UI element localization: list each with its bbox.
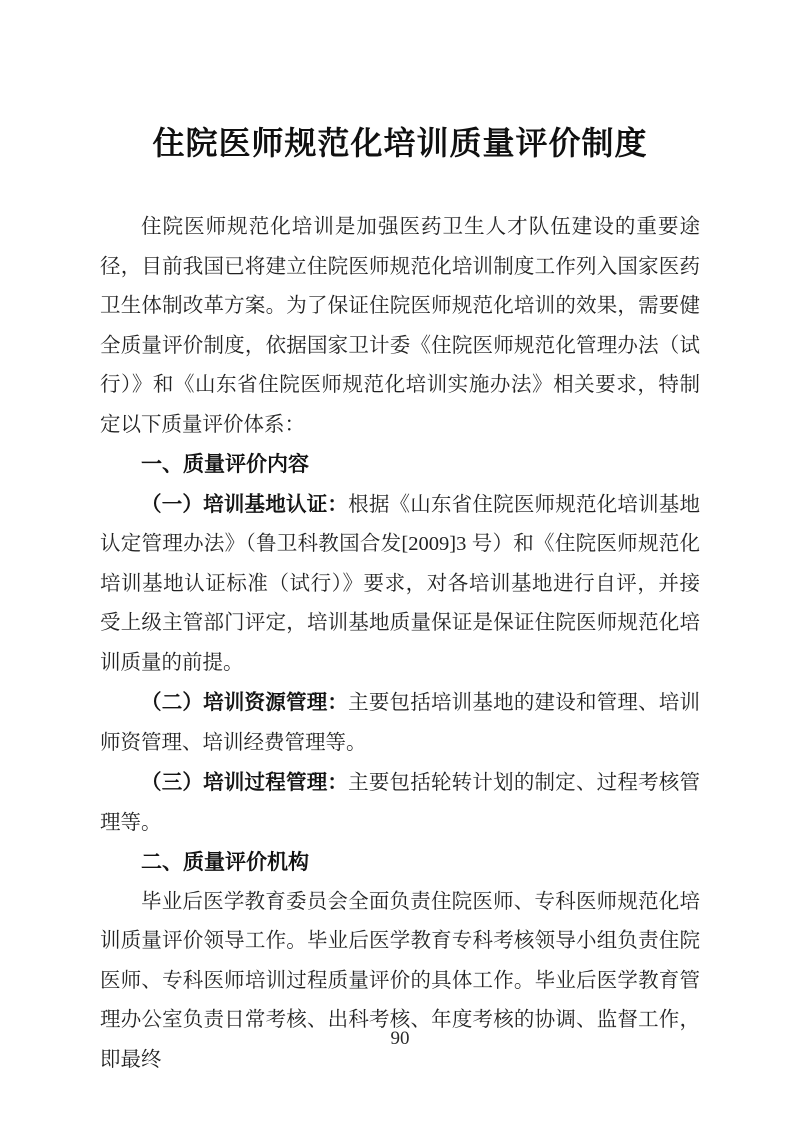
document-body: 住院医师规范化培训是加强医药卫生人才队伍建设的重要途径，目前我国已将建立住院医师…: [100, 208, 700, 1080]
section-1-item-3: （三）培训过程管理：主要包括轮转计划的制定、过程考核管理等。: [100, 763, 700, 843]
intro-paragraph: 住院医师规范化培训是加强医药卫生人才队伍建设的重要途径，目前我国已将建立住院医师…: [100, 208, 700, 445]
section-1-item-2: （二）培训资源管理：主要包括培训基地的建设和管理、培训师资管理、培训经费管理等。: [100, 683, 700, 763]
page-number: 90: [0, 1028, 800, 1050]
section-1-item-1: （一）培训基地认证：根据《山东省住院医师规范化培训基地认定管理办法》（鲁卫科教国…: [100, 485, 700, 684]
document-page: 住院医师规范化培训质量评价制度 住院医师规范化培训是加强医药卫生人才队伍建设的重…: [0, 0, 800, 1129]
section-1-item-1-text: 根据《山东省住院医师规范化培训基地认定管理办法》（鲁卫科教国合发[2009]3 …: [100, 494, 700, 674]
document-title: 住院医师规范化培训质量评价制度: [0, 0, 800, 164]
section-1-item-1-label: （一）培训基地认证：: [141, 493, 348, 516]
section-2-heading: 二、质量评价机构: [100, 843, 700, 883]
section-1-item-3-label: （三）培训过程管理：: [141, 771, 348, 794]
section-1-heading: 一、质量评价内容: [100, 445, 700, 485]
section-1-item-2-label: （二）培训资源管理：: [141, 691, 348, 714]
section-2-paragraph: 毕业后医学教育委员会全面负责住院医师、专科医师规范化培训质量评价领导工作。毕业后…: [100, 883, 700, 1081]
